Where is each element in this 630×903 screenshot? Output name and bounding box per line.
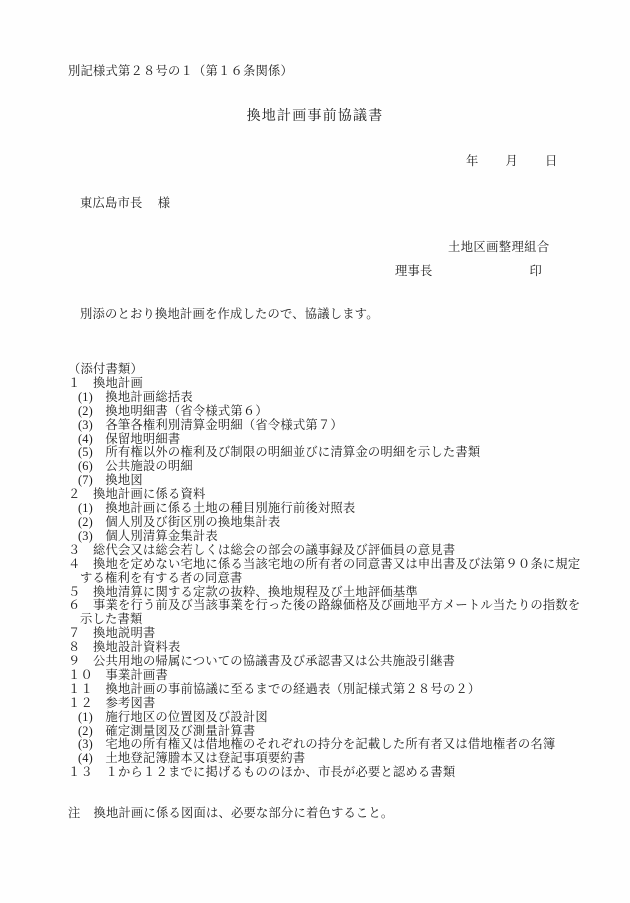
seal-mark: 印: [530, 261, 543, 279]
attachment-line: ９ 公共用地の帰属についての協議書及び承認書又は公共施設引継書: [68, 655, 588, 669]
note-text: 換地計画に係る図面は、必要な部分に着色すること。: [94, 806, 394, 820]
attachment-line: １ 換地計画: [68, 377, 588, 391]
attachment-line: ６ 事業を行う前及び当該事業を行った後の路線価格及び画地平方メートル当たりの指数…: [68, 599, 588, 613]
addressee-line: 東広島市長 様: [80, 193, 170, 211]
month-label: 月: [506, 151, 519, 169]
attachments-list: （添付書類）１ 換地計画(1) 換地計画総括表(2) 換地明細書（省令様式第６）…: [68, 363, 588, 780]
attachment-line: １０ 事業計画書: [68, 669, 588, 683]
attachment-line: １２ 参考図書: [68, 697, 588, 711]
addressee-name: 東広島市長: [80, 196, 143, 210]
note-label: 注: [68, 806, 81, 820]
attachment-line: (2) 個人別及び街区別の換地集計表: [68, 516, 588, 530]
sender-title-line: 理事長 印: [395, 261, 542, 279]
page-title: 換地計画事前協議書: [0, 105, 630, 125]
date-line: 年 月 日: [466, 151, 558, 169]
attachment-line: (2) 換地明細書（省令様式第６）: [68, 405, 588, 419]
attachment-line: する権利を有する者の同意書: [68, 572, 588, 586]
day-label: 日: [545, 151, 558, 169]
attachment-line: ４ 換地を定めない宅地に係る当該宅地の所有者の同意書又は申出書及び法第９０条に規…: [68, 558, 588, 572]
attachment-line: (3) 個人別清算金集計表: [68, 530, 588, 544]
attachment-line: １１ 換地計画の事前協議に至るまでの経過表（別記様式第２８号の２）: [68, 683, 588, 697]
document-page: 別記様式第２８号の１（第１６条関係） 換地計画事前協議書 年 月 日 東広島市長…: [0, 0, 630, 903]
attachment-line: (3) 各筆各権利別清算金明細（省令様式第７）: [68, 419, 588, 433]
form-number: 別記様式第２８号の１（第１６条関係）: [68, 61, 293, 79]
note-line: 注換地計画に係る図面は、必要な部分に着色すること。: [68, 803, 393, 821]
attachment-line: (1) 換地計画総括表: [68, 391, 588, 405]
attachment-line: ３ 総代会又は総会若しくは総会の部会の議事録及び評価員の意見書: [68, 544, 588, 558]
year-label: 年: [466, 151, 479, 169]
attachment-line: ２ 換地計画に係る資料: [68, 488, 588, 502]
attachment-line: (1) 換地計画に係る土地の種目別施行前後対照表: [68, 502, 588, 516]
attachment-line: ８ 換地設計資料表: [68, 641, 588, 655]
sender-title: 理事長: [395, 261, 433, 279]
attachment-line: （添付書類）: [68, 363, 588, 377]
attachment-line: (1) 施行地区の位置図及び設計図: [68, 711, 588, 725]
sender-organization: 土地区画整理組合: [448, 237, 550, 255]
attachment-line: １３ １から１２までに掲げるもののほか、市長が必要と認める書類: [68, 766, 588, 780]
attachment-line: (6) 公共施設の明細: [68, 460, 588, 474]
addressee-honorific: 様: [158, 196, 171, 210]
body-text: 別添のとおり換地計画を作成したので、協議します。: [80, 304, 379, 322]
